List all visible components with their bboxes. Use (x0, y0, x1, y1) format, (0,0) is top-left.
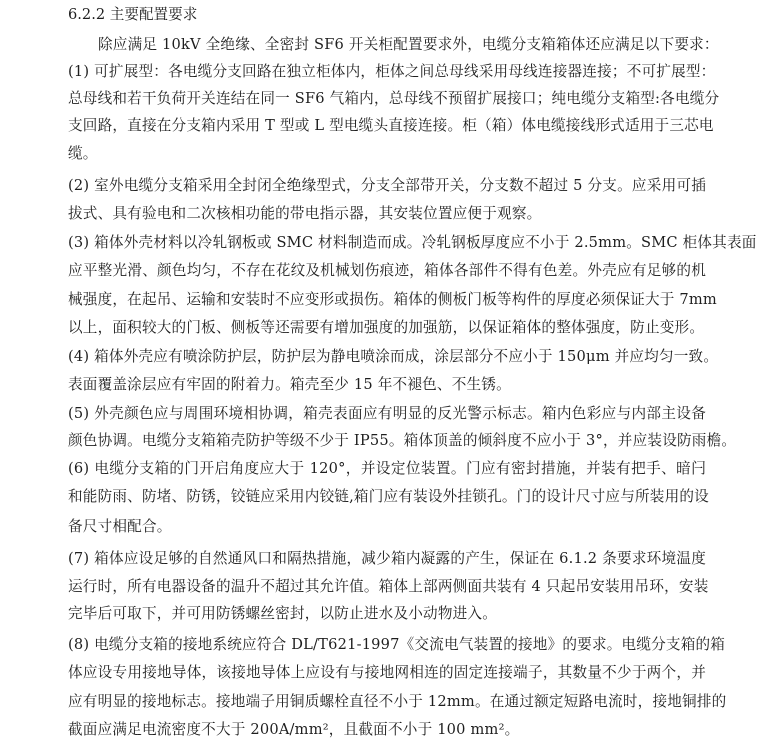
section-heading: 6.2.2 主要配置要求 (68, 6, 197, 24)
document-page: 6.2.2 主要配置要求 除应满足 10kV 全绝缘、全密封 SF6 开关柜配置… (0, 0, 760, 752)
item-6-line-2: 和能防雨、防堵、防锈，铰链应采用内铰链,箱门应有装设外挂锁孔。门的设计尺寸应与所… (68, 488, 706, 506)
item-3-line-1: (3) 箱体外壳材料以冷轧钢板或 SMC 材料制造而成。冷轧钢板厚度应不小于 2… (68, 234, 706, 252)
item-7-line-3: 完毕后可取下，并可用防锈螺丝密封，以防止进水及小动物进入。 (68, 605, 706, 623)
item-2-line-2: 拔式、具有验电和二次核相功能的带电指示器，其安装位置应便于观察。 (68, 205, 706, 223)
item-4-line-1: (4) 箱体外壳应有喷涂防护层，防护层为静电喷涂而成，涂层部分不应小于 150μ… (68, 348, 706, 366)
item-6-line-3: 备尺寸相配合。 (68, 518, 706, 536)
item-8-line-4: 截面应满足电流密度不大于 200A/mm²，且截面不小于 100 mm²。 (68, 721, 706, 739)
item-5-line-2: 颜色协调。电缆分支箱箱壳防护等级不少于 IP55。箱体顶盖的倾斜度不应小于 3°… (68, 432, 706, 450)
item-3-line-2: 应平整光滑、颜色均匀，不存在花纹及机械划伤痕迹，箱体各部件不得有色差。外壳应有足… (68, 262, 706, 280)
item-8-line-2: 体应设专用接地导体，该接地导体上应设有与接地网相连的固定连接端子，其数量不少于两… (68, 664, 706, 682)
item-7-line-2: 运行时，所有电器设备的温升不超过其允许值。箱体上部两侧面共装有 4 只起吊安装用… (68, 578, 706, 596)
item-3-line-4: 以上，面积较大的门板、侧板等还需要有增加强度的加强筋，以保证箱体的整体强度，防止… (68, 319, 706, 337)
item-8-line-1: (8) 电缆分支箱的接地系统应符合 DL/T621-1997《交流电气装置的接地… (68, 636, 706, 654)
intro-paragraph: 除应满足 10kV 全绝缘、全密封 SF6 开关柜配置要求外，电缆分支箱箱体还应… (98, 36, 706, 54)
item-2-line-1: (2) 室外电缆分支箱采用全封闭全绝缘型式，分支全部带开关，分支数不超过 5 分… (68, 177, 706, 195)
item-1-line-4: 缆。 (68, 145, 706, 163)
item-6-line-1: (6) 电缆分支箱的门开启角度应大于 120°，并设定位装置。门应有密封措施，并… (68, 460, 706, 478)
item-1-line-3: 支回路，直接在分支箱内采用 T 型或 L 型电缆头直接连接。柜（箱）体电缆接线形… (68, 117, 706, 135)
item-1-line-2: 总母线和若干负荷开关连结在同一 SF6 气箱内，总母线不预留扩展接口；纯电缆分支… (68, 90, 706, 108)
item-5-line-1: (5) 外壳颜色应与周围环境相协调，箱壳表面应有明显的反光警示标志。箱内色彩应与… (68, 405, 706, 423)
item-7-line-1: (7) 箱体应设足够的自然通风口和隔热措施，减少箱内凝露的产生，保证在 6.1.… (68, 550, 706, 568)
item-1-line-1: (1) 可扩展型：各电缆分支回路在独立柜体内，柜体之间总母线采用母线连接器连接；… (68, 63, 706, 81)
item-4-line-2: 表面覆盖涂层应有牢固的附着力。箱壳至少 15 年不褪色、不生锈。 (68, 376, 706, 394)
item-8-line-3: 应有明显的接地标志。接地端子用铜质螺栓直径不小于 12mm。在通过额定短路电流时… (68, 693, 706, 711)
item-3-line-3: 械强度，在起吊、运输和安装时不应变形或损伤。箱体的侧板门板等构件的厚度必须保证大… (68, 291, 706, 309)
